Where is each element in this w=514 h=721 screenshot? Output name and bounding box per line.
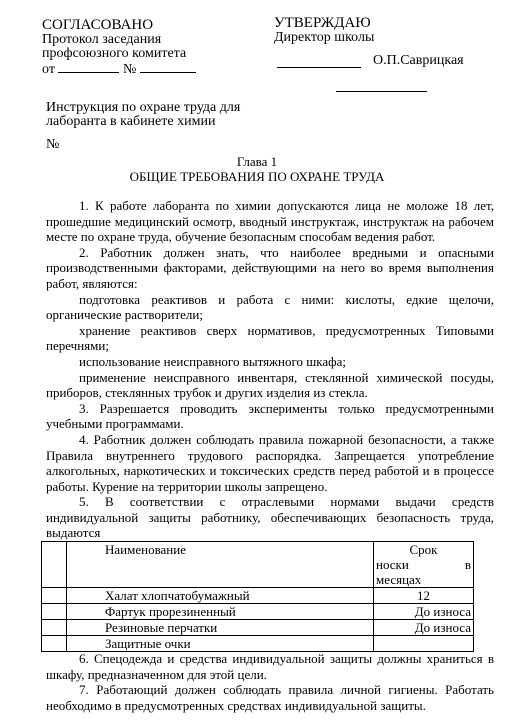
item-term: 12: [374, 588, 474, 604]
paragraph-5: 5. В соответствии с отраслевыми нормами …: [46, 494, 494, 541]
body-text-section-1: 1. К работе лаборанта по химии допускают…: [46, 198, 494, 541]
document-title-line1: Инструкция по охране труда для: [46, 101, 240, 115]
approval-block-left: СОГЛАСОВАНО Протокол заседания профсоюзн…: [42, 18, 196, 77]
table-row: Фартук прорезиненный До износа: [42, 604, 474, 620]
body-text-section-2: 6. Спецодежда и средства индивидуальной …: [46, 651, 494, 713]
paragraph-1: 1. К работе лаборанта по химии допускают…: [46, 198, 494, 245]
approval-right-position: Директор школы: [274, 31, 374, 45]
item-term: До износа: [374, 620, 474, 636]
document-title: Инструкция по охране труда для лаборанта…: [46, 101, 240, 129]
signature-blank-line: [277, 56, 361, 68]
director-name: О.П.Саврицкая: [373, 53, 464, 68]
item-name: Защитные очки: [67, 636, 374, 652]
document-number-label: №: [46, 137, 59, 152]
table-header-index: [42, 542, 67, 588]
document-title-line2: лаборанта в кабинете химии: [46, 115, 240, 129]
paragraph-6: 6. Спецодежда и средства индивидуальной …: [46, 651, 494, 682]
item-term: До износа: [374, 604, 474, 620]
paragraph-2d: применение неисправного инвентаря, стекл…: [46, 370, 494, 401]
approval-left-date-number: от №: [42, 61, 196, 77]
paragraph-4: 4. Работник должен соблюдать правила пож…: [46, 432, 494, 494]
table-row: Защитные очки: [42, 636, 474, 652]
paragraph-2a: подготовка реактивов и работа с ними: ки…: [46, 292, 494, 323]
date-blank-line-right: [336, 80, 427, 92]
term-v: в: [465, 557, 471, 572]
number-label: №: [123, 62, 136, 77]
paragraph-3: 3. Разрешается проводить эксперименты то…: [46, 401, 494, 432]
table-header-term: Срок носкив месяцах: [374, 542, 474, 588]
paragraph-2: 2. Работник должен знать, что наиболее в…: [46, 245, 494, 292]
item-name: Фартук прорезиненный: [67, 604, 374, 620]
paragraph-2c: использование неисправного вытяжного шка…: [46, 354, 494, 370]
approval-block-right: УТВЕРЖДАЮ Директор школы: [274, 16, 374, 45]
table-header-row: Наименование Срок носкив месяцах: [42, 542, 474, 588]
approval-right-title: УТВЕРЖДАЮ: [274, 16, 374, 31]
item-term: [374, 636, 474, 652]
item-name: Халат хлопчатобумажный: [67, 588, 374, 604]
item-name: Резиновые перчатки: [67, 620, 374, 636]
number-blank-line: [140, 61, 196, 73]
date-blank-line: [58, 61, 119, 73]
paragraph-7: 7. Работающий должен соблюдать правила л…: [46, 682, 494, 713]
approval-left-line2: профсоюзного комитета: [42, 47, 196, 61]
approval-left-line1: Протокол заседания: [42, 33, 196, 47]
ppe-table: Наименование Срок носкив месяцах Халат х…: [41, 541, 474, 652]
table-header-name: Наименование: [67, 542, 374, 588]
paragraph-2b: хранение реактивов сверх нормативов, пре…: [46, 323, 494, 354]
chapter-label: Глава 1: [0, 154, 514, 169]
term-noski: носки: [376, 557, 409, 572]
table-row: Халат хлопчатобумажный 12: [42, 588, 474, 604]
from-label: от: [42, 62, 55, 77]
table-row: Резиновые перчатки До износа: [42, 620, 474, 636]
chapter-title: ОБЩИЕ ТРЕБОВАНИЯ ПО ОХРАНЕ ТРУДА: [0, 169, 514, 184]
approval-left-title: СОГЛАСОВАНО: [42, 18, 196, 33]
